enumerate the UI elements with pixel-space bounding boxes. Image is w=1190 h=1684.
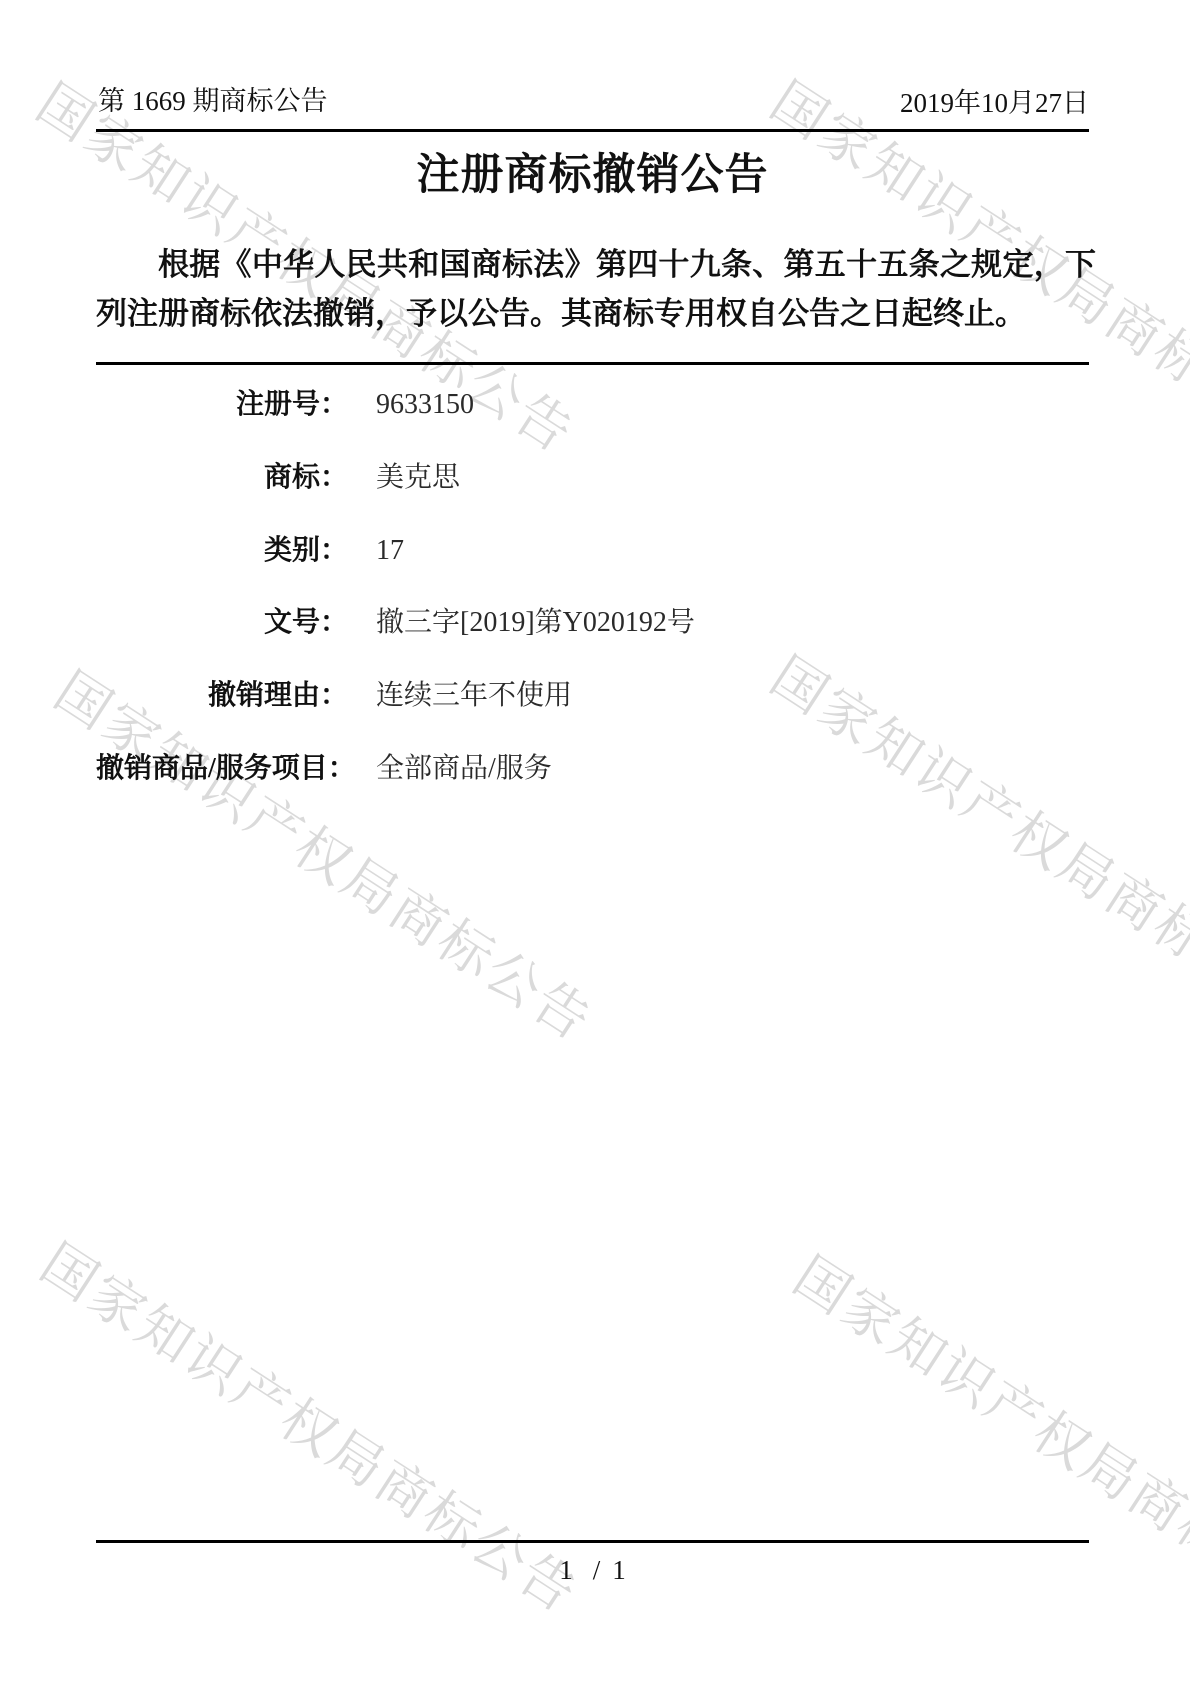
field-row-cancelled-goods-services: 撤销商品/服务项目：全部商品/服务 — [96, 751, 1089, 787]
page-number: 1/1 — [96, 1554, 1089, 1586]
field-row-document-number: 文号：撤三字[2019]第Y020192号 — [96, 605, 1089, 641]
field-label: 撤销商品/服务项目： — [96, 751, 348, 787]
field-value: 连续三年不使用 — [376, 678, 572, 714]
intro-paragraph: 根据《中华人民共和国商标法》第四十九条、第五十五条之规定，下列注册商标依法撤销，… — [96, 240, 1096, 338]
footer-divider — [96, 1540, 1089, 1543]
header-divider — [96, 129, 1089, 132]
page-number-separator: / — [593, 1555, 601, 1585]
field-label: 类别： — [96, 533, 348, 569]
field-label: 注册号： — [96, 387, 348, 423]
field-label: 商标： — [96, 460, 348, 496]
total-page-count: 1 — [612, 1555, 626, 1585]
field-row-cancellation-reason: 撤销理由：连续三年不使用 — [96, 678, 1089, 714]
gazette-page: 国家知识产权局商标公告 国家知识产权局商标公告 国家知识产权局商标公告 国家知识… — [0, 0, 1190, 1684]
current-page-number: 1 — [559, 1555, 573, 1585]
field-row-trademark: 商标：美克思 — [96, 460, 1089, 496]
field-label: 撤销理由： — [96, 678, 348, 714]
field-row-class: 类别：17 — [96, 533, 1089, 569]
field-value: 17 — [376, 533, 404, 569]
field-value: 美克思 — [376, 460, 460, 496]
field-row-registration-number: 注册号：9633150 — [96, 387, 1089, 423]
section-divider — [96, 362, 1089, 365]
field-label: 文号： — [96, 605, 348, 641]
document-content: 第 1669 期商标公告 2019年10月27日 注册商标撤销公告 根据《中华人… — [0, 0, 1190, 1684]
field-value: 9633150 — [376, 387, 474, 423]
field-value: 撤三字[2019]第Y020192号 — [376, 605, 695, 641]
gazette-date: 2019年10月27日 — [96, 88, 1089, 118]
field-value: 全部商品/服务 — [376, 751, 552, 787]
page-title: 注册商标撤销公告 — [96, 150, 1089, 202]
